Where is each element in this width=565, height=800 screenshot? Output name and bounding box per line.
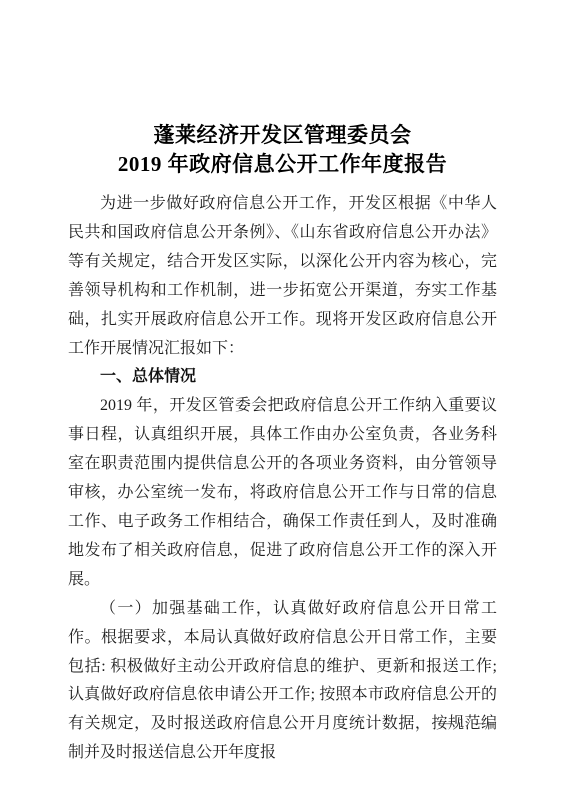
document-body: 为进一步做好政府信息公开工作，开发区根据《中华人民共和国政府信息公开条例》、《山… (68, 190, 497, 768)
title-line-2: 2019 年政府信息公开工作年度报告 (0, 150, 565, 179)
section-paragraph-1: 2019 年，开发区管委会把政府信息公开工作纳入重要议事日程，认真组织开展，具体… (68, 392, 497, 594)
intro-paragraph: 为进一步做好政府信息公开工作，开发区根据《中华人民共和国政府信息公开条例》、《山… (68, 190, 497, 363)
document-title: 蓬莱经济开发区管理委员会 2019 年政府信息公开工作年度报告 (0, 0, 565, 179)
title-line-1: 蓬莱经济开发区管理委员会 (0, 121, 565, 150)
document-page: 蓬莱经济开发区管理委员会 2019 年政府信息公开工作年度报告 为进一步做好政府… (0, 0, 565, 800)
page-number: — 1 — (438, 714, 487, 732)
section-heading-overview: 一、总体情况 (68, 363, 497, 392)
section-paragraph-2: （一）加强基础工作，认真做好政府信息公开日常工作。根据要求，本局认真做好政府信息… (68, 595, 497, 768)
